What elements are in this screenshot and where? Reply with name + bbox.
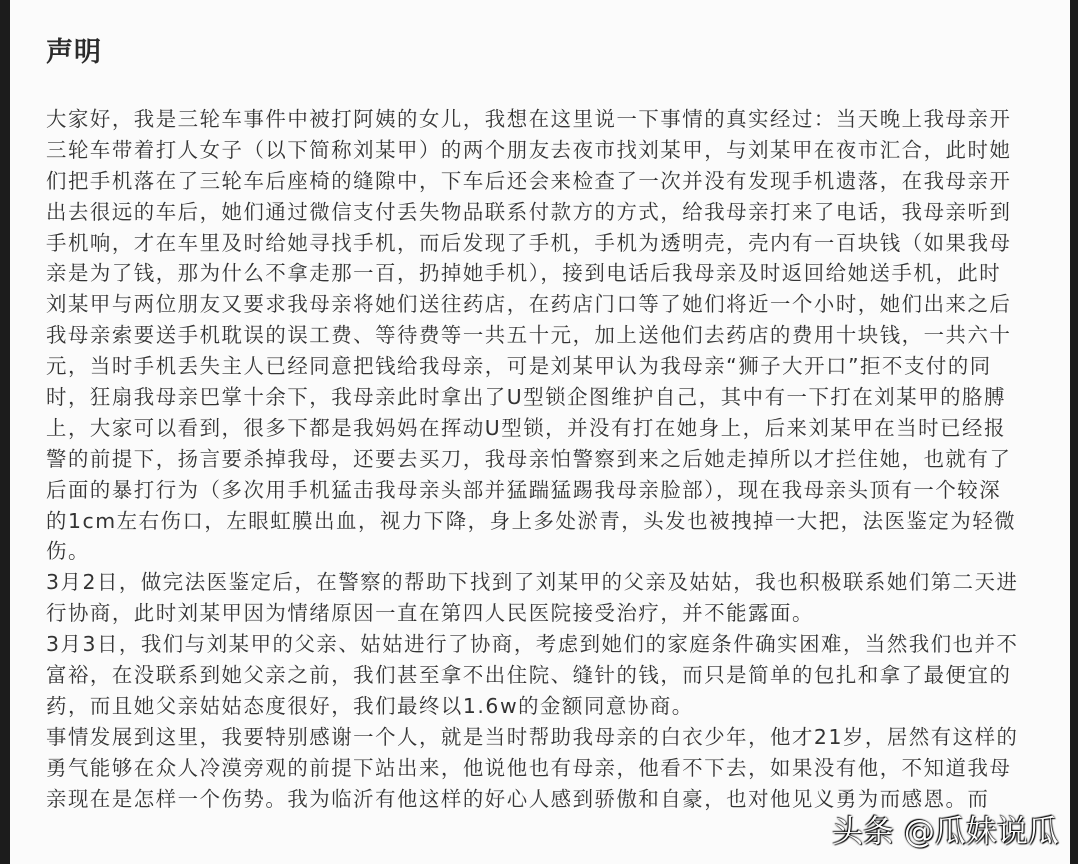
text-line: 的1cm左右伤口，左眼虹膜出血，视力下降，身上多处淤青，头发也被拽掉一大把，法医… <box>46 506 1036 537</box>
document-title: 声明 <box>46 30 102 69</box>
text-line: 富裕，在没联系到她父亲之前，我们甚至拿不出住院、缝针的钱，而只是简单的包扎和拿了… <box>46 660 1036 691</box>
text-line: 三轮车带着打人女子（以下简称刘某甲）的两个朋友去夜市找刘某甲，与刘某甲在夜市汇合… <box>46 135 1036 166</box>
text-line: 3月2日，做完法医鉴定后，在警察的帮助下找到了刘某甲的父亲及姑姑，我也积极联系她… <box>46 567 1036 598</box>
text-line: 刘某甲与两位朋友又要求我母亲将她们送往药店，在药店门口等了她们将近一个小时，她们… <box>46 289 1036 320</box>
text-line: 时，狂扇我母亲巴掌十余下，我母亲此时拿出了U型锁企图维护自己，其中有一下打在刘某… <box>46 382 1036 413</box>
text-line: 们把手机落在了三轮车后座椅的缝隙中，下车后还会来检查了一次并没有发现手机遗落，在… <box>46 166 1036 197</box>
text-line: 上，大家可以看到，很多下都是我妈妈在挥动U型锁，并没有打在她身上，后来刘某甲在当… <box>46 413 1036 444</box>
text-line: 警的前提下，扬言要杀掉我母，还要去买刀，我母亲怕警察到来之后她走掉所以才拦住她，… <box>46 444 1036 475</box>
text-line: 后面的暴打行为（多次用手机猛击我母亲头部并猛踹猛踢我母亲脸部），现在我母亲头顶有… <box>46 475 1036 506</box>
text-line: 大家好，我是三轮车事件中被打阿姨的女儿，我想在这里说一下事情的真实经过：当天晚上… <box>46 104 1036 135</box>
text-line: 我母亲索要送手机耽误的误工费、等待费等一共五十元，加上送他们去药店的费用十块钱，… <box>46 320 1036 351</box>
text-line: 出去很远的车后，她们通过微信支付丢失物品联系付款方的方式，给我母亲打来了电话，我… <box>46 197 1036 228</box>
watermark: 头条 @瓜妹说瓜 <box>832 806 1059 851</box>
text-line: 元，当时手机丢失主人已经同意把钱给我母亲，可是刘某甲认为我母亲“狮子大开口”拒不… <box>46 351 1036 382</box>
text-line: 3月3日，我们与刘某甲的父亲、姑姑进行了协商，考虑到她们的家庭条件确实困难，当然… <box>46 629 1036 660</box>
text-line: 勇气能够在众人冷漠旁观的前提下站出来，他说他也有母亲，他看不下去，如果没有他，不… <box>46 753 1036 784</box>
text-line: 手机响，才在车里及时给她寻找手机，而后发现了手机，手机为透明壳，壳内有一百块钱（… <box>46 228 1036 259</box>
text-line: 事情发展到这里，我要特别感谢一个人，就是当时帮助我母亲的白衣少年，他才21岁，居… <box>46 722 1036 753</box>
text-line: 伤。 <box>46 536 1036 567</box>
text-line: 行协商，此时刘某甲因为情绪原因一直在第四人民医院接受治疗，并不能露面。 <box>46 598 1036 629</box>
text-line: 亲是为了钱，那为什么不拿走那一百，扔掉她手机），接到电话后我母亲及时返回给她送手… <box>46 258 1036 289</box>
text-line: 药，而且她父亲姑姑态度很好，我们最终以1.6w的金额同意协商。 <box>46 691 1036 722</box>
document-body: 大家好，我是三轮车事件中被打阿姨的女儿，我想在这里说一下事情的真实经过：当天晚上… <box>46 104 1036 814</box>
document-page: 声明 大家好，我是三轮车事件中被打阿姨的女儿，我想在这里说一下事情的真实经过：当… <box>10 0 1070 864</box>
